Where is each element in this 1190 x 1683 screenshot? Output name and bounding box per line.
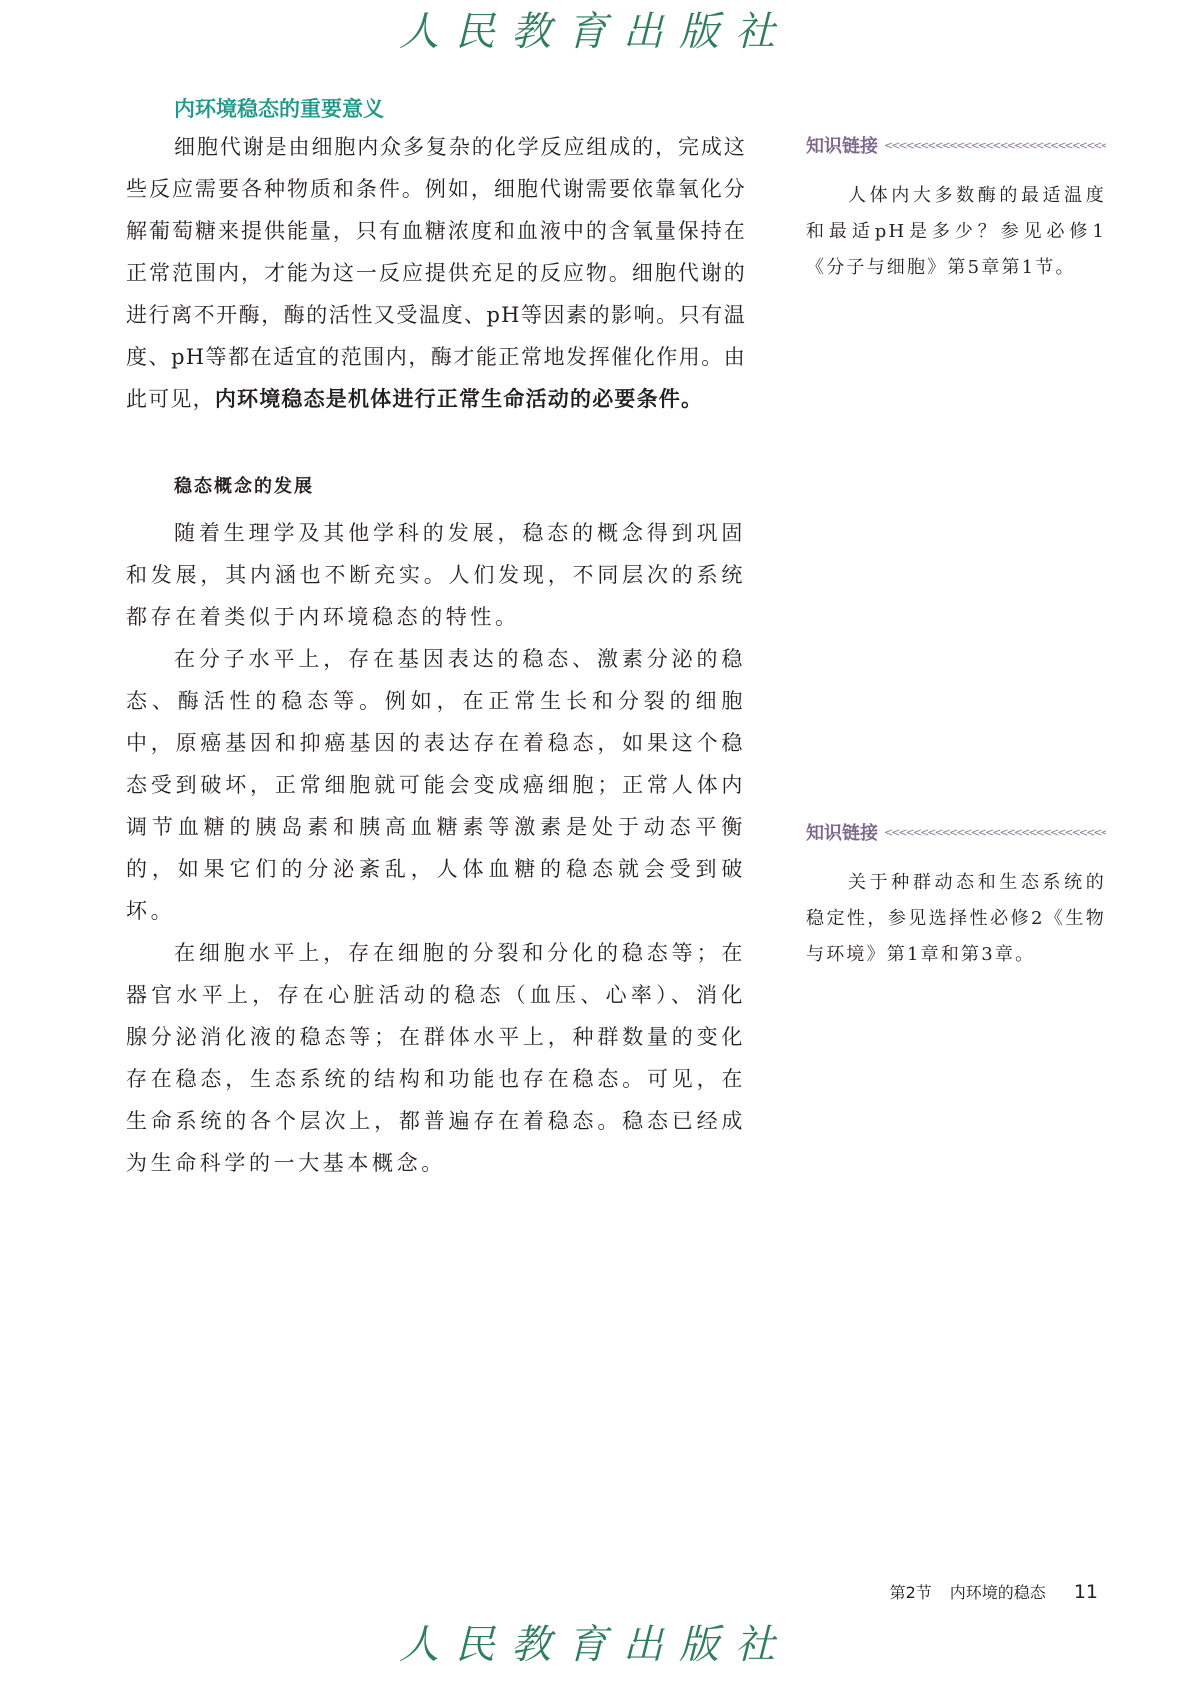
knowledge-link-text: 关于种群动态和生态系统的稳定性，参见选择性必修2《生物与环境》第1章和第3章。: [806, 865, 1106, 973]
knowledge-link-header: 知识链接 <<<<<<<<<<<<<<<<<<<<<<<<<<<<<<<<<<<…: [806, 130, 1106, 160]
chevron-divider-icon: <<<<<<<<<<<<<<<<<<<<<<<<<<<<<<<<<<<<<<<<…: [884, 826, 1106, 839]
knowledge-link-header: 知识链接 <<<<<<<<<<<<<<<<<<<<<<<<<<<<<<<<<<<…: [806, 817, 1106, 847]
subsection-title: 稳态概念的发展: [174, 472, 746, 502]
footer-section: 第2节: [890, 1580, 932, 1603]
knowledge-link-label: 知识链接: [806, 132, 878, 158]
publisher-logo-top: 人民教育出版社: [0, 12, 1190, 52]
knowledge-link-box: 知识链接 <<<<<<<<<<<<<<<<<<<<<<<<<<<<<<<<<<<…: [806, 130, 1106, 286]
body-paragraph: 在细胞水平上，存在细胞的分裂和分化的稳态等；在器官水平上，存在心脏活动的稳态（血…: [126, 932, 746, 1184]
page-footer: 第2节 内环境的稳态 11: [890, 1580, 1098, 1603]
paragraph-text: 细胞代谢是由细胞内众多复杂的化学反应组成的，完成这些反应需要各种物质和条件。例如…: [126, 135, 746, 411]
body-paragraph: 随着生理学及其他学科的发展，稳态的概念得到巩固和发展，其内涵也不断充实。人们发现…: [126, 512, 746, 638]
knowledge-link-text: 人体内大多数酶的最适温度和最适pH是多少？参见必修1《分子与细胞》第5章第1节。: [806, 178, 1106, 286]
chevron-divider-icon: <<<<<<<<<<<<<<<<<<<<<<<<<<<<<<<<<<<<<<<<…: [884, 139, 1106, 152]
section-title: 内环境稳态的重要意义: [174, 92, 746, 126]
knowledge-link-label: 知识链接: [806, 819, 878, 845]
publisher-logo-bottom: 人民教育出版社: [0, 1625, 1190, 1665]
footer-title: 内环境的稳态: [950, 1580, 1046, 1603]
knowledge-link-box: 知识链接 <<<<<<<<<<<<<<<<<<<<<<<<<<<<<<<<<<<…: [806, 817, 1106, 973]
page-number: 11: [1074, 1581, 1098, 1603]
main-column: 内环境稳态的重要意义 细胞代谢是由细胞内众多复杂的化学反应组成的，完成这些反应需…: [126, 92, 746, 1184]
emphasis-conclusion: 内环境稳态是机体进行正常生命活动的必要条件。: [215, 387, 703, 411]
body-paragraph: 在分子水平上，存在基因表达的稳态、激素分泌的稳态、酶活性的稳态等。例如，在正常生…: [126, 638, 746, 932]
body-paragraph-significance: 细胞代谢是由细胞内众多复杂的化学反应组成的，完成这些反应需要各种物质和条件。例如…: [126, 126, 746, 420]
